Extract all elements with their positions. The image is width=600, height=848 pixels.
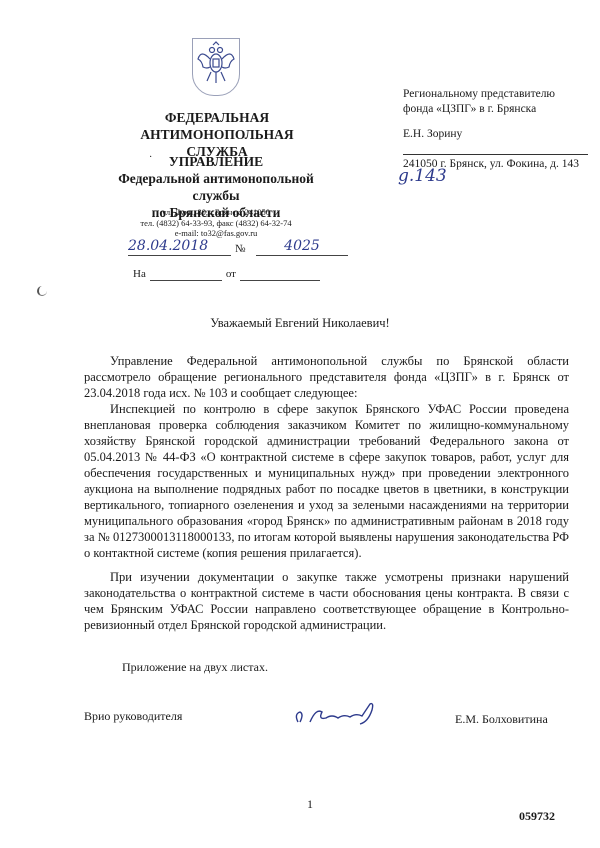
department-line1: УПРАВЛЕНИЕ	[96, 153, 336, 170]
from-blank	[240, 268, 320, 281]
recipient-title-line2: фонда «ЦЗПГ» в г. Брянска	[403, 102, 593, 117]
body-paragraph: При изучении документации о закупке такж…	[84, 569, 569, 633]
appendix-note: Приложение на двух листах.	[122, 660, 268, 675]
registration-line: 28.04.2018 № 4025	[128, 241, 318, 259]
handwritten-note: g.143	[398, 166, 447, 186]
page-number: 1	[307, 797, 313, 812]
greeting: Уважаемый Евгений Николаевич!	[0, 316, 600, 331]
recipient-block: Региональному представителю фонда «ЦЗПГ»…	[403, 87, 593, 172]
signatory-name: Е.М. Болховитина	[455, 712, 548, 727]
sender-contacts: ул. Дуки, 80, г.Брянск, 241050 тел. (483…	[96, 207, 336, 239]
recipient-name: Е.Н. Зорину	[403, 127, 593, 142]
handwritten-signature-icon	[290, 700, 380, 735]
coat-of-arms-emblem-icon	[192, 38, 240, 96]
registration-date: 28.04.2018	[128, 238, 231, 256]
punch-hole-mark	[37, 286, 47, 296]
recipient-divider	[403, 154, 588, 155]
reply-reference-line: На от	[133, 268, 320, 281]
recipient-title-line1: Региональному представителю	[403, 87, 593, 102]
org-name-line1: ФЕДЕРАЛЬНАЯ	[112, 109, 322, 126]
body-paragraph: Инспекцией по контролю в сфере закупок Б…	[84, 401, 569, 561]
reply-to-label: На	[133, 268, 146, 280]
form-serial-number: 059732	[519, 809, 555, 824]
sender-address: ул. Дуки, 80, г.Брянск, 241050	[96, 207, 336, 218]
reply-to-blank	[150, 268, 222, 281]
number-label: №	[235, 243, 246, 255]
letter-body: Управление Федеральной антимонопольной с…	[84, 353, 569, 633]
body-paragraph: Управление Федеральной антимонопольной с…	[84, 353, 569, 401]
sender-phone: тел. (4832) 64-33-93, факс (4832) 64-32-…	[96, 218, 336, 229]
sender-email: e-mail: to32@fas.gov.ru	[96, 228, 336, 239]
from-label: от	[226, 268, 236, 280]
department-line2: Федеральной антимонопольной службы	[96, 170, 336, 204]
registration-number: 4025	[256, 238, 348, 256]
signatory-role: Врио руководителя	[84, 709, 182, 724]
